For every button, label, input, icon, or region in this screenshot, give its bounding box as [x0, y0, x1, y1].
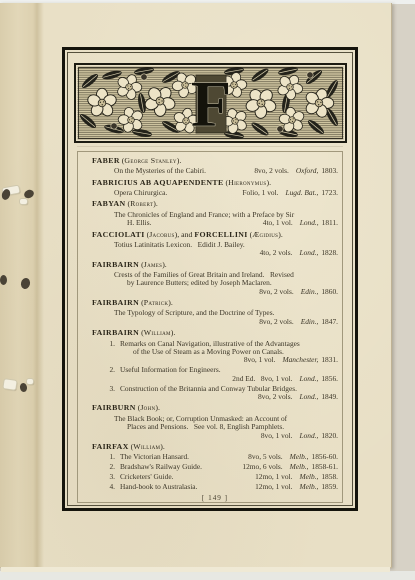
author-name: FAIRBAIRN: [92, 298, 139, 307]
author-heading-text: John: [140, 403, 155, 412]
title-line: Hand-book to Australasia.12mo, 1 vol.Mel…: [120, 483, 338, 491]
binding-hole: [19, 382, 27, 392]
work: 1.Remarks on Canal Navigation, illustrat…: [102, 340, 338, 365]
work-body: Construction of the Britannia and Conway…: [120, 385, 338, 402]
publication-year: 1856-60.: [312, 452, 338, 461]
page-number: [ 149 ]: [92, 494, 338, 502]
work-number: 3.: [102, 385, 115, 402]
imprint: 8vo, 1 vol.Manchester,1831.: [244, 356, 338, 364]
author-heading-text: ).: [171, 328, 176, 337]
catalogue-entry: FAIRBAIRN (Patrick).The Typology of Scri…: [92, 299, 338, 326]
author-heading-text: ), and: [175, 230, 195, 239]
author-heading-text: ).: [160, 442, 165, 451]
work-title: Cricketers' Guide.: [120, 473, 173, 481]
binding-staple: [27, 379, 33, 384]
imprint: 12mo, 1 vol.Melb.,1858.: [255, 473, 338, 481]
underlying-page-edge: [1, 567, 390, 572]
title-line: Cricketers' Guide.12mo, 1 vol.Melb.,1858…: [120, 473, 338, 481]
work: Totius Latinitatis Lexicon. Edidit J. Ba…: [114, 241, 338, 258]
publication-year: 1803.: [321, 166, 338, 175]
work-body: Useful Information for Engineers.2nd Ed.…: [120, 366, 338, 383]
work-number: 2.: [102, 366, 115, 383]
author-name: FAIRBURN: [92, 403, 136, 412]
work-title: Useful Information for Engineers.: [120, 366, 221, 374]
imprint-line: 8vo, 2 vols.Edin.,1860.: [114, 288, 338, 296]
imprint: 8vo, 2 vols.Oxford,1803.: [254, 167, 338, 175]
binding-staple: [20, 199, 27, 204]
author-heading-text: ).: [267, 178, 272, 187]
format-and-volumes: 8vo, 5 vols.: [248, 452, 283, 461]
imprint: 4to, 2 vols.Lond.,1828.: [260, 249, 338, 257]
author-heading: FAIRFAX (William).: [92, 443, 338, 452]
work-title: Hand-book to Australasia.: [120, 483, 197, 491]
format-and-volumes: Folio, 1 vol.: [242, 188, 278, 197]
place-of-publication: Lond.,: [300, 218, 319, 227]
catalogue-entry: FAIRBAIRN (James).Crests of the Families…: [92, 261, 338, 297]
catalogue-entry: FABER (George Stanley).On the Mysteries …: [92, 157, 338, 176]
format-and-volumes: 4to, 2 vols.: [260, 248, 293, 257]
author-heading-text: ).: [155, 403, 160, 412]
author-heading: FACCIOLATI (Jacobus), and FORCELLINI (Æg…: [92, 231, 338, 240]
author-name: FAIRBAIRN: [92, 260, 139, 269]
place-of-publication: Lond.,: [299, 431, 318, 440]
work: The Typology of Scripture, and the Doctr…: [114, 309, 338, 326]
catalogue-entry: FAIRBURN (John).The Black Book; or, Corr…: [92, 404, 338, 440]
imprint: 12mo, 1 vol.Melb.,1859.: [255, 483, 338, 491]
work: Opera Chirurgica.Folio, 1 vol.Lugd. Bat.…: [114, 189, 338, 197]
work-body: Hand-book to Australasia.12mo, 1 vol.Mel…: [120, 483, 338, 491]
place-of-publication: Oxford,: [296, 166, 319, 175]
catalogue-entry: FABYAN (Robert).The Chronicles of Englan…: [92, 200, 338, 227]
work-title: H. Ellis.: [127, 219, 151, 227]
author-heading: FAIRBAIRN (James).: [92, 261, 338, 270]
publication-year: 1828.: [321, 248, 338, 257]
format-and-volumes: 12mo, 1 vol.: [255, 472, 292, 481]
publication-year: 1831.: [321, 355, 338, 364]
imprint-line: 2nd Ed. 8vo, 1 vol.Lond.,1856.: [120, 375, 338, 383]
work-number: 1.: [102, 340, 115, 365]
format-and-volumes: 8vo, 2 vols.: [258, 392, 293, 401]
publication-year: 1858-61.: [312, 462, 338, 471]
imprint-line: 8vo, 1 vol.Lond.,1820.: [114, 432, 338, 440]
catalogue-entry: FABRICIUS AB AQUAPENDENTE (Hieronymus).O…: [92, 179, 338, 198]
work: On the Mysteries of the Cabiri.8vo, 2 vo…: [114, 167, 338, 175]
author-heading-text: ).: [177, 156, 182, 165]
work-title: The Victorian Hansard.: [120, 453, 189, 461]
publication-year: 1860.: [321, 287, 338, 296]
author-heading-text: George Stanley: [124, 156, 176, 165]
work-number: 3.: [102, 473, 115, 481]
publication-year: 1858.: [321, 472, 338, 481]
work: 3.Cricketers' Guide.12mo, 1 vol.Melb.,18…: [102, 473, 338, 481]
floral-engraving-headpiece: F: [74, 63, 347, 143]
work-number: 4.: [102, 483, 115, 491]
author-name: FAIRFAX: [92, 442, 129, 451]
author-heading-text: ).: [153, 199, 158, 208]
format-and-volumes: 12mo, 6 vols.: [242, 462, 282, 471]
title-line: The Victorian Hansard.8vo, 5 vols.Melb.,…: [120, 453, 338, 461]
place-of-publication: Melb.,: [299, 472, 318, 481]
catalogue-entries: FABER (George Stanley).On the Mysteries …: [92, 157, 338, 491]
work: 4.Hand-book to Australasia.12mo, 1 vol.M…: [102, 483, 338, 491]
imprint-line: 8vo, 2 vols.Lond.,1849.: [120, 393, 338, 401]
catalogue-entry: FAIRBAIRN (William).1.Remarks on Canal N…: [92, 329, 338, 401]
work: 2.Bradshaw's Railway Guide.12mo, 6 vols.…: [102, 463, 338, 471]
title-line: On the Mysteries of the Cabiri.8vo, 2 vo…: [114, 167, 338, 175]
work-body: The Victorian Hansard.8vo, 5 vols.Melb.,…: [120, 453, 338, 461]
publication-year: 1820.: [321, 431, 338, 440]
binding-hole: [0, 275, 7, 285]
catalogue-entry: FACCIOLATI (Jacobus), and FORCELLINI (Æg…: [92, 231, 338, 258]
work: The Black Book; or, Corruption Unmasked:…: [114, 415, 338, 440]
work: Crests of the Families of Great Britain …: [114, 271, 338, 296]
imprint: 12mo, 6 vols.Melb.,1858-61.: [242, 463, 338, 471]
show-through-line: [77, 146, 343, 147]
place-of-publication: Lond.,: [299, 374, 318, 383]
work-number: 2.: [102, 463, 115, 471]
author-heading-text: William: [133, 442, 160, 451]
imprint: 4to, 1 vol.Lond.,1811.: [263, 219, 338, 227]
imprint: 8vo, 2 vols.Edin.,1847.: [259, 318, 338, 326]
work-title: by Laurence Butters; edited by Joseph Ma…: [127, 279, 272, 287]
author-heading-text: William: [144, 328, 171, 337]
place-of-publication: Lugd. Bat.,: [286, 188, 319, 197]
book-page: F FABER (George Stanley).On the Mysterie…: [0, 3, 392, 568]
imprint: 8vo, 1 vol.Lond.,1820.: [261, 432, 338, 440]
work: 2.Useful Information for Engineers.2nd E…: [102, 366, 338, 383]
format-and-volumes: 8vo, 2 vols.: [259, 317, 294, 326]
imprint-line: 4to, 2 vols.Lond.,1828.: [114, 249, 338, 257]
work-title: Bradshaw's Railway Guide.: [120, 463, 202, 471]
author-heading-text: ).: [162, 260, 167, 269]
initial-letter: F: [191, 68, 231, 141]
place-of-publication: Manchester,: [282, 355, 318, 364]
imprint-line: 8vo, 1 vol.Manchester,1831.: [120, 356, 338, 364]
work-body: Remarks on Canal Navigation, illustrativ…: [120, 340, 338, 365]
format-and-volumes: 8vo, 1 vol.: [244, 355, 276, 364]
format-and-volumes: 8vo, 2 vols.: [259, 287, 294, 296]
imprint-line: 8vo, 2 vols.Edin.,1847.: [114, 318, 338, 326]
publication-year: 1856.: [321, 374, 338, 383]
imprint: 8vo, 2 vols.Lond.,1849.: [258, 393, 338, 401]
publication-year: 1849.: [321, 392, 338, 401]
author-heading-text: Jacobus: [149, 230, 174, 239]
work-title: Opera Chirurgica.: [114, 189, 167, 197]
work-title: The Typology of Scripture, and the Doctr…: [114, 309, 274, 317]
author-heading: FABYAN (Robert).: [92, 200, 338, 209]
imprint: 8vo, 2 vols.Edin.,1860.: [259, 288, 338, 296]
publication-year: 1859.: [321, 482, 338, 491]
author-name: FABYAN: [92, 199, 126, 208]
binding-staple: [3, 379, 16, 390]
place-of-publication: Melb.,: [290, 452, 309, 461]
catalogue-entry: FAIRFAX (William).1.The Victorian Hansar…: [92, 443, 338, 491]
publication-year: 1811.: [322, 218, 338, 227]
author-heading-text: ).: [278, 230, 283, 239]
author-heading-text: James: [144, 260, 162, 269]
author-heading-text: ).: [168, 298, 173, 307]
title-line: Opera Chirurgica.Folio, 1 vol.Lugd. Bat.…: [114, 189, 338, 197]
work: 1.The Victorian Hansard.8vo, 5 vols.Melb…: [102, 453, 338, 461]
work-title: Totius Latinitatis Lexicon. Edidit J. Ba…: [114, 241, 245, 249]
catalogue-panel: FABER (George Stanley).On the Mysteries …: [77, 151, 343, 503]
place-of-publication: Lond.,: [299, 392, 318, 401]
imprint: 2nd Ed. 8vo, 1 vol.Lond.,1856.: [232, 375, 338, 383]
author-heading: FABRICIUS AB AQUAPENDENTE (Hieronymus).: [92, 179, 338, 188]
work-body: Cricketers' Guide.12mo, 1 vol.Melb.,1858…: [120, 473, 338, 481]
place-of-publication: Lond.,: [299, 248, 318, 257]
author-name: FABER: [92, 156, 120, 165]
place-of-publication: Melb.,: [290, 462, 309, 471]
author-heading-text: Ægidius: [252, 230, 278, 239]
work-title: On the Mysteries of the Cabiri.: [114, 167, 206, 175]
author-heading: FAIRBURN (John).: [92, 404, 338, 413]
format-and-volumes: 8vo, 2 vols.: [254, 166, 289, 175]
author-heading: FAIRBAIRN (William).: [92, 329, 338, 338]
author-heading-text: Hieronymus: [228, 178, 266, 187]
place-of-publication: Edin.,: [301, 287, 319, 296]
author-name: FABRICIUS AB AQUAPENDENTE: [92, 178, 224, 187]
title-line: H. Ellis.4to, 1 vol.Lond.,1811.: [127, 219, 338, 227]
page-frame: F FABER (George Stanley).On the Mysterie…: [62, 47, 358, 511]
title-line: Bradshaw's Railway Guide.12mo, 6 vols.Me…: [120, 463, 338, 471]
photo-background-bottom: [0, 571, 415, 580]
author-heading: FABER (George Stanley).: [92, 157, 338, 166]
author-heading-text: Robert: [130, 199, 153, 208]
imprint: 8vo, 5 vols.Melb.,1856-60.: [248, 453, 338, 461]
place-of-publication: Melb.,: [299, 482, 318, 491]
place-of-publication: Edin.,: [301, 317, 319, 326]
work-number: 1.: [102, 453, 115, 461]
author-heading: FAIRBAIRN (Patrick).: [92, 299, 338, 308]
author-name: FACCIOLATI: [92, 230, 145, 239]
publication-year: 1847.: [321, 317, 338, 326]
work: The Chronicles of England and France; wi…: [114, 211, 338, 228]
author-heading-text: Patrick: [144, 298, 169, 307]
format-and-volumes: 4to, 1 vol.: [263, 218, 293, 227]
author-name: FORCELLINI: [194, 230, 247, 239]
format-and-volumes: 12mo, 1 vol.: [255, 482, 292, 491]
work-body: Bradshaw's Railway Guide.12mo, 6 vols.Me…: [120, 463, 338, 471]
publication-year: 1723.: [321, 188, 338, 197]
work: 3.Construction of the Britannia and Conw…: [102, 385, 338, 402]
imprint: Folio, 1 vol.Lugd. Bat.,1723.: [242, 189, 338, 197]
author-name: FAIRBAIRN: [92, 328, 139, 337]
format-and-volumes: 8vo, 1 vol.: [261, 431, 293, 440]
binding-hole: [20, 277, 32, 290]
format-and-volumes: 2nd Ed. 8vo, 1 vol.: [232, 374, 292, 383]
